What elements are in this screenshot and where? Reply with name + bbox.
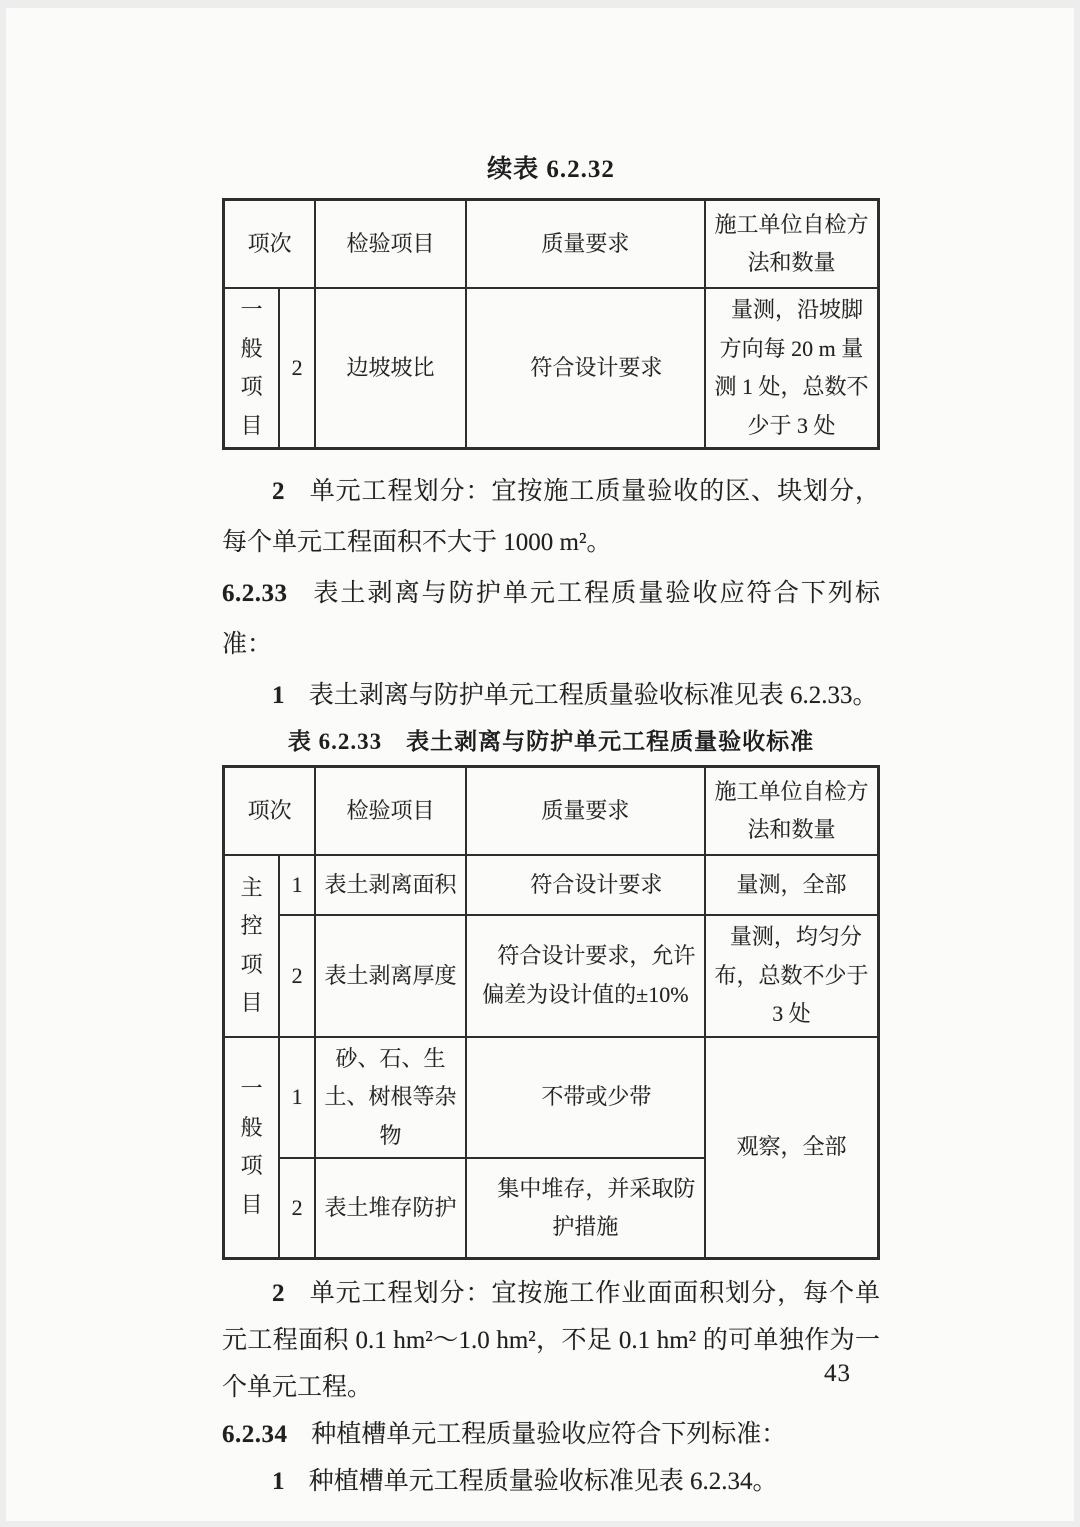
- text-block-1: 2单元工程划分：宜按施工质量验收的区、块划分，每个单元工程面积不大于 1000 …: [222, 466, 880, 721]
- quality-requirement-cell: 符合设计要求: [466, 855, 705, 915]
- paragraph-unit-division-2: 2单元工程划分：宜按施工作业面面积划分，每个单元工程面积 0.1 hm²～1.0…: [222, 1270, 880, 1411]
- self-check-method-cell-merged: 观察，全部: [705, 1037, 879, 1259]
- page-content-column: 续表 6.2.32 项次 检验项目 质量要求 施工单位自检方法和数量 一般项目 …: [222, 8, 880, 1505]
- table-row: 主控项目 1 表土剥离面积 符合设计要求 量测，全部: [224, 855, 879, 915]
- continued-table-caption: 续表 6.2.32: [222, 154, 880, 186]
- clause-6-2-34-item-1: 1种植槽单元工程质量验收标准见表 6.2.34。: [222, 1458, 880, 1505]
- header-inspection-item: 检验项目: [315, 767, 466, 856]
- paragraph-text: 单元工程划分：宜按施工质量验收的区、块划分，每个单元工程面积不大于 1000 m…: [222, 478, 880, 556]
- row-number: 1: [279, 1037, 315, 1159]
- clause-text: 表土剥离与防护单元工程质量验收应符合下列标准：: [222, 580, 880, 658]
- inspection-item-cell: 表土剥离面积: [315, 855, 466, 915]
- clause-6-2-33: 6.2.33表土剥离与防护单元工程质量验收应符合下列标准：: [222, 568, 880, 670]
- table-6-2-32-continued: 项次 检验项目 质量要求 施工单位自检方法和数量 一般项目 2 边坡坡比 符合设…: [222, 198, 880, 450]
- self-check-method-cell: 量测，均匀分布，总数不少于 3 处: [705, 915, 879, 1037]
- header-inspection-item: 检验项目: [315, 200, 466, 289]
- row-number: 2: [279, 915, 315, 1037]
- paragraph-text: 单元工程划分：宜按施工作业面面积划分，每个单元工程面积 0.1 hm²～1.0 …: [222, 1280, 880, 1401]
- clause-number: 6.2.34: [222, 1421, 288, 1448]
- inspection-item-cell: 表土堆存防护: [315, 1158, 466, 1259]
- header-self-check: 施工单位自检方法和数量: [705, 200, 879, 289]
- page-number: 43: [824, 1360, 851, 1388]
- item-text: 表土剥离与防护单元工程质量验收标准见表 6.2.33。: [309, 682, 878, 709]
- item-text: 种植槽单元工程质量验收标准见表 6.2.34。: [309, 1468, 778, 1495]
- clause-text: 种植槽单元工程质量验收应符合下列标准：: [311, 1421, 786, 1448]
- inspection-item-cell: 砂、石、生土、树根等杂物: [315, 1037, 466, 1159]
- header-quality-requirement: 质量要求: [466, 200, 705, 289]
- table-6-2-33: 项次 检验项目 质量要求 施工单位自检方法和数量 主控项目 1 表土剥离面积 符…: [222, 765, 880, 1260]
- quality-requirement-cell: 集中堆存，并采取防护措施: [466, 1158, 705, 1259]
- inspection-item-cell: 表土剥离厚度: [315, 915, 466, 1037]
- quality-requirement-cell: 符合设计要求: [466, 288, 705, 449]
- header-quality-requirement: 质量要求: [466, 767, 705, 856]
- header-self-check: 施工单位自检方法和数量: [705, 767, 879, 856]
- clause-number: 6.2.33: [222, 580, 288, 607]
- item-number: 2: [272, 1280, 285, 1307]
- table-row: 2 表土剥离厚度 符合设计要求，允许偏差为设计值的±10% 量测，均匀分布，总数…: [224, 915, 879, 1037]
- row-number: 2: [279, 288, 315, 449]
- document-page: 续表 6.2.32 项次 检验项目 质量要求 施工单位自检方法和数量 一般项目 …: [6, 8, 1074, 1521]
- item-number: 1: [272, 1468, 285, 1495]
- quality-requirement-cell: 符合设计要求，允许偏差为设计值的±10%: [466, 915, 705, 1037]
- table-6-2-33-caption: 表 6.2.33 表土剥离与防护单元工程质量验收标准: [222, 727, 880, 757]
- header-item-no: 项次: [224, 767, 316, 856]
- row-group-label-main: 主控项目: [224, 855, 280, 1037]
- header-item-no: 项次: [224, 200, 316, 289]
- self-check-method-cell: 量测，沿坡脚方向每 20 m 量测 1 处，总数不少于 3 处: [705, 288, 879, 449]
- quality-requirement-cell: 不带或少带: [466, 1037, 705, 1159]
- table-row: 一般项目 2 边坡坡比 符合设计要求 量测，沿坡脚方向每 20 m 量测 1 处…: [224, 288, 879, 449]
- inspection-item-cell: 边坡坡比: [315, 288, 466, 449]
- paragraph-unit-division-1: 2单元工程划分：宜按施工质量验收的区、块划分，每个单元工程面积不大于 1000 …: [222, 466, 880, 568]
- item-number: 2: [272, 478, 285, 505]
- screenshot-background: 续表 6.2.32 项次 检验项目 质量要求 施工单位自检方法和数量 一般项目 …: [0, 0, 1080, 1527]
- clause-6-2-33-item-1: 1表土剥离与防护单元工程质量验收标准见表 6.2.33。: [222, 670, 880, 721]
- row-group-label-general: 一般项目: [224, 1037, 280, 1259]
- row-number: 2: [279, 1158, 315, 1259]
- self-check-method-cell: 量测，全部: [705, 855, 879, 915]
- clause-6-2-34: 6.2.34种植槽单元工程质量验收应符合下列标准：: [222, 1411, 880, 1458]
- table-header-row: 项次 检验项目 质量要求 施工单位自检方法和数量: [224, 767, 879, 856]
- row-group-label: 一般项目: [224, 288, 280, 449]
- item-number: 1: [272, 682, 285, 709]
- table-header-row: 项次 检验项目 质量要求 施工单位自检方法和数量: [224, 200, 879, 289]
- table-row: 一般项目 1 砂、石、生土、树根等杂物 不带或少带 观察，全部: [224, 1037, 879, 1159]
- text-block-2: 2单元工程划分：宜按施工作业面面积划分，每个单元工程面积 0.1 hm²～1.0…: [222, 1270, 880, 1505]
- row-number: 1: [279, 855, 315, 915]
